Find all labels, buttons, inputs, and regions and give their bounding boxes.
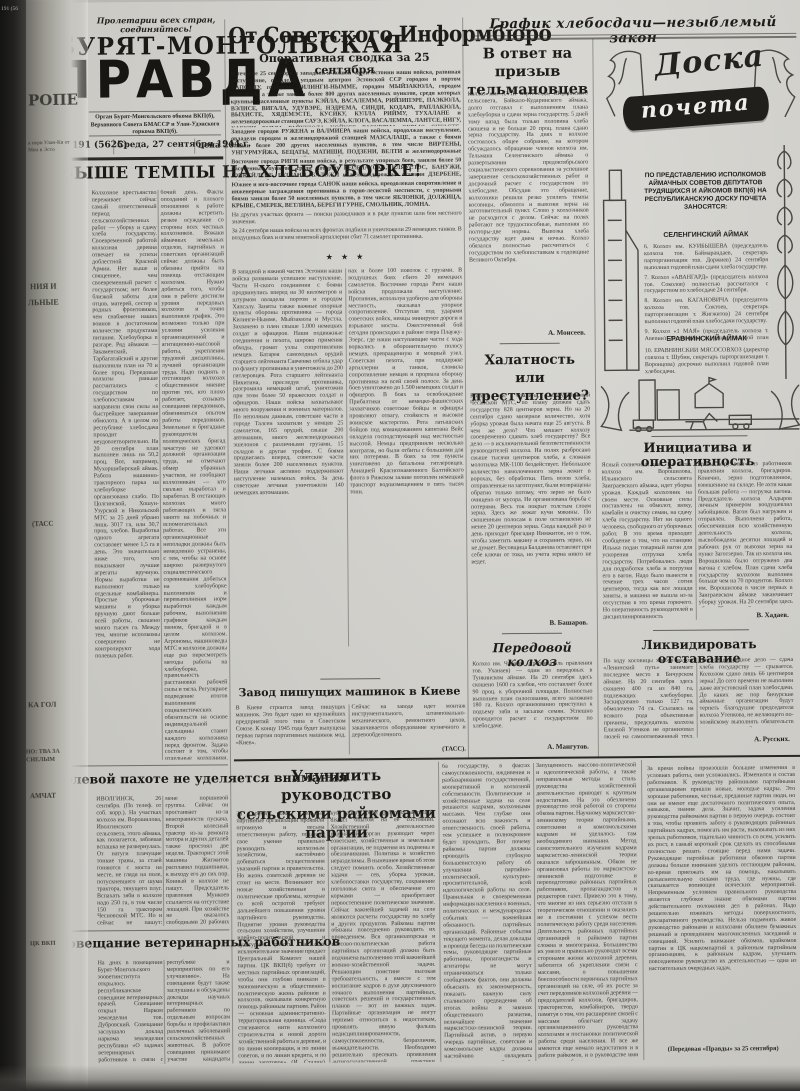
informburo-summary-p6: За 24 сентября наши войска на всех фронт… — [232, 227, 462, 250]
informburo-summary-p1: В течение 25 сентября в западной и южной… — [231, 70, 461, 128]
improve-column-3: ба государству, в фактах самоуспокоеннос… — [442, 763, 532, 1062]
lag-columns-divider — [696, 658, 698, 738]
leading-kolkhoz-byline: А. Мангутов. — [473, 743, 589, 752]
rule-above-plowing — [66, 764, 228, 766]
binding-spine: 191 (56 — [0, 0, 26, 1091]
dateline-divider-1 — [113, 139, 114, 154]
fold-fragment: ЛЬНЫЕ — [28, 298, 59, 308]
informburo-headline: От Советского Информбюро — [228, 22, 460, 48]
honor-board: Доска почета ПО ПРЕДСТАВЛЕНИЮ ИСПОЛКОМОВ… — [596, 39, 800, 433]
honor-items-selenginsky: 6. Колхоз им. КУЙБЫШЕВА (председатель ко… — [644, 243, 769, 340]
initiative-column-2: браны «грузчики» из работников правления… — [698, 461, 793, 608]
honor-item: 8. Колхоз им. КАГАНОВИЧА (председатель к… — [644, 297, 768, 326]
lead-column-1: Колхозное крестьянство переживает сейчас… — [91, 190, 160, 760]
fold-fragment: НИЯ И — [30, 282, 57, 292]
leading-kolkhoz-text: Колхоз им. Чапаева (председатель правлен… — [472, 661, 593, 742]
honor-region-eravninsky: ЕРАВНИНСКИЙ АЙМАК — [645, 335, 769, 344]
bottom-page-edge — [0, 1065, 800, 1091]
fold-fragment: ЦК ВКП — [30, 940, 56, 949]
dateline-divider-2 — [194, 139, 195, 154]
initiative-column-1: Ясный солнечный день. На полях колхоза и… — [602, 462, 693, 621]
honor-item: 10. ЕРАВНИНСКИЙ МЯСОСОВХОЗ (директор сов… — [645, 347, 769, 376]
fold-fragment: РОПЕ — [28, 91, 78, 108]
rule-above-leading-kolkhoz — [502, 633, 562, 634]
honor-item: 7. Колхоз «АВАНГАРД» (председатель колхо… — [644, 274, 768, 296]
fold-fragment: КА ГОЛ — [28, 700, 57, 710]
edge-issue-number: 191 (56 — [1, 6, 18, 12]
vet-columns-divider — [164, 960, 166, 1064]
typewriter-column-2: Сейчас на заводе идет монтаж инструмента… — [352, 704, 466, 745]
improve-column-1: За время войны сильные партийные организ… — [236, 811, 326, 1064]
fold-fragment: АМЧАТ — [30, 792, 56, 801]
lag-column-1: По ходу косовицы хлебов колхоз «Ленински… — [603, 658, 694, 739]
informburo-summary-p4: Южнее и юго-восточнее города САНОК наши … — [231, 181, 461, 211]
grain-elevator-icon — [597, 160, 641, 380]
masthead-price: цена 20 к. — [198, 139, 224, 150]
informburo-column-1: В западной и южной частях Эстонии наши в… — [232, 268, 345, 647]
honor-items-eravninsky: 10. ЕРАВНИНСКИЙ МЯСОСОВХОЗ (директор сов… — [645, 347, 769, 376]
fold-fragment: (ТАСС — [32, 520, 54, 528]
lead-column-2: бочий день. Факты опозданий и плохого от… — [160, 189, 227, 759]
improve-column-2: кую работу среди других организаций, dis… — [330, 810, 436, 1063]
plowing-column-2: мене поршневой группы. Сейчас он простаи… — [165, 795, 229, 925]
fold-fragment: а нерв Улан-Кя от Мен в Эсто — [28, 140, 72, 155]
telman-text: Колхоз им. XVIII партсъезда, Шергинского… — [468, 91, 590, 326]
typewriter-columns-divider — [349, 704, 350, 754]
informburo-summary-p3: Восточнее города РИГИ наши войска, в рез… — [231, 158, 461, 181]
rule-above-typewriter — [320, 678, 380, 679]
lag-column-2: тате общенародное дело — сдача хлеба гос… — [699, 657, 794, 728]
harvest-scene-illustration — [599, 375, 800, 433]
page-fold: РОПЕ а нерв Улан-Кя от Мен в Эсто НИЯ И … — [26, 0, 88, 1091]
initiative-byline: В. Хадаев. — [699, 611, 789, 620]
vet-column-2: республике и мероприятиях по его улучшен… — [167, 959, 231, 1063]
fold-fragment: НО: ТВА ЗА СИЕЛЫМ — [26, 748, 72, 765]
improve-col23-divider — [438, 762, 441, 1062]
honor-region-selenginsky: СЕЛЕНГИНСКИЙ АЙМАК — [644, 231, 768, 240]
typewriter-tass-credit: (ТАСС). — [386, 746, 466, 754]
telman-byline: А. Моисеев. — [470, 329, 586, 338]
improve-column-4: Запущенность массово-политической и идео… — [536, 762, 638, 1061]
improve-col45-divider — [641, 760, 644, 1060]
plowing-columns-divider — [162, 796, 164, 926]
informburo-summary-p5: На других участках фронта — поиски разве… — [232, 211, 462, 227]
honor-item: 6. Колхоз им. КУЙБЫШЕВА (председатель ко… — [644, 243, 768, 272]
lag-byline: А. Русских. — [700, 735, 790, 744]
war-column-footer: (Передовая «Правды» за 25 сентября) — [649, 1045, 797, 1053]
plowing-column-1: ИВОЛГИНСК, 26 сентября. (По телеф. от со… — [96, 796, 162, 927]
wheat-stalk-icon — [769, 135, 800, 379]
rule-above-negligence — [500, 343, 560, 344]
typewriter-column-1: В Киеве строится завод пишущих машинок. … — [236, 704, 346, 755]
rule-above-vet — [67, 929, 229, 931]
rule-below-honor-board — [651, 435, 747, 437]
newspaper-scan: Пролетарии всех стран, соединяйтесь! БУР… — [0, 0, 800, 1091]
rule-above-organ — [89, 110, 221, 112]
informburo-column-2: нах и более 100 повозок с грузами. В воз… — [348, 268, 465, 647]
masthead-organ-line: Орган Бурят-Монгольского обкома ВКП(б), … — [89, 113, 221, 137]
stars-separator: ★ ★ ★ — [230, 252, 462, 263]
masthead-date: Среда, 27 сентября 1944 г. — [117, 140, 195, 152]
section-rule-mid — [234, 755, 800, 761]
vet-column-1: На днях в помещении Бурят-Монгольского з… — [98, 960, 164, 1065]
typewriter-headline: Завод пишущих машинок в Киеве — [233, 686, 465, 700]
initiative-columns-divider — [695, 462, 697, 620]
informburo-summary-p2: Западнее городов РУЖЕНА и ВАЛМИЕРА наши … — [231, 128, 461, 158]
newspaper-page: Пролетарии всех стран, соединяйтесь! БУР… — [0, 0, 800, 1091]
honor-board-title-script: Доска — [653, 43, 745, 81]
honor-board-intro: ПО ПРЕДСТАВЛЕНИЮ ИСПОЛКОМОВ АЙМАЧНЫХ СОВ… — [643, 171, 767, 212]
war-column: За время войны произошли большие изменен… — [647, 765, 797, 1044]
negligence-byline: В. Башаров. — [472, 619, 588, 628]
negligence-text: Колхоз им. Сталина, обслуживаемый Чесанс… — [470, 393, 592, 616]
rule-above-lag — [653, 629, 749, 631]
